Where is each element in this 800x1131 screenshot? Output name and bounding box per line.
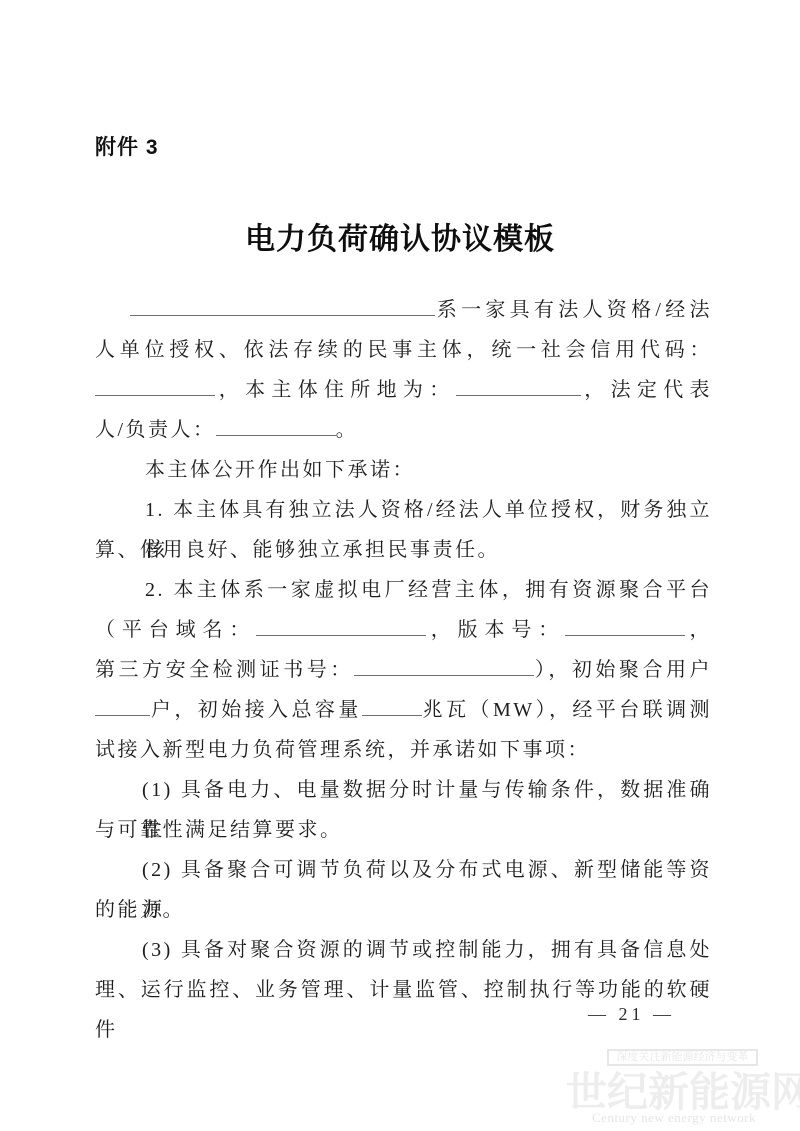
document-line: (3) 具备对聚合资源的调节或控制能力，拥有具备信息处: [95, 930, 712, 970]
document-line: 的能力。: [95, 890, 712, 930]
document-line: 系一家具有法人资格/经法: [95, 290, 712, 330]
document-line: 户，初始接入总容量兆瓦（MW），经平台联调测: [95, 690, 712, 730]
document-line: 算、信用良好、能够独立承担民事责任。: [95, 530, 712, 570]
text-run: 算、信用良好、能够独立承担民事责任。: [95, 539, 500, 561]
text-run: 本主体公开作出如下承诺：: [145, 459, 415, 481]
text-run: 2. 本主体系一家虚拟电厂经营主体，拥有资源聚合平台: [145, 579, 712, 601]
fill-in-blank: [456, 370, 581, 396]
fill-in-blank: [95, 370, 215, 396]
text-run: （平台域名：: [95, 619, 256, 641]
text-run: 户，初始接入总容量: [150, 699, 362, 721]
document-line: 2. 本主体系一家虚拟电厂经营主体，拥有资源聚合平台: [95, 570, 712, 610]
text-run: 。: [336, 419, 359, 441]
text-run: 试接入新型电力负荷管理系统，并承诺如下事项：: [95, 739, 590, 761]
text-run: 第三方安全检测证书号：: [95, 659, 354, 681]
document-line: （平台域名：，版本号：，: [95, 610, 712, 650]
document-line: 与可靠性满足结算要求。: [95, 810, 712, 850]
text-run: ），初始聚合用户: [534, 659, 712, 681]
document-line: (1) 具备电力、电量数据分时计量与传输条件，数据准确性: [95, 770, 712, 810]
fill-in-blank: [354, 650, 534, 676]
fill-in-blank: [256, 610, 426, 636]
fill-in-blank: [216, 410, 336, 436]
fill-in-blank: [565, 610, 685, 636]
watermark-brand: 世纪新能源网: [566, 1069, 800, 1115]
document-line: 人单位授权、依法存续的民事主体，统一社会信用代码：: [95, 330, 712, 370]
fill-in-blank: [95, 690, 150, 716]
page-title: 电力负荷确认协议模板: [0, 214, 800, 258]
text-run: 兆瓦（MW），经平台联调测: [422, 699, 712, 721]
watermark-tagline: 深度关注新能源经济与变革: [607, 1049, 758, 1066]
text-run: ，: [685, 619, 712, 641]
document-page: 附件 3 电力负荷确认协议模板 系一家具有法人资格/经法人单位授权、依法存续的民…: [0, 0, 800, 1131]
text-run: ，本主体住所地为：: [215, 379, 456, 401]
text-run: 与可靠性满足结算要求。: [95, 819, 343, 841]
text-run: 的能力。: [95, 899, 185, 921]
text-run: 人单位授权、依法存续的民事主体，统一社会信用代码：: [95, 339, 712, 361]
text-run: ，法定代表: [581, 379, 713, 401]
document-line: 人/负责人：。: [95, 410, 712, 450]
document-line: (2) 具备聚合可调节负荷以及分布式电源、新型储能等资源: [95, 850, 712, 890]
text-run: 人/负责人：: [95, 419, 216, 441]
document-line: ，本主体住所地为：，法定代表: [95, 370, 712, 410]
attachment-label: 附件 3: [95, 131, 159, 161]
document-line: 1. 本主体具有独立法人资格/经法人单位授权，财务独立核: [95, 490, 712, 530]
document-lines: 系一家具有法人资格/经法人单位授权、依法存续的民事主体，统一社会信用代码：，本主…: [95, 290, 712, 1010]
document-line: 第三方安全检测证书号：），初始聚合用户: [95, 650, 712, 690]
text-run: 系一家具有法人资格/经法: [435, 299, 712, 321]
document-line: 本主体公开作出如下承诺：: [95, 450, 712, 490]
watermark-brand-english: Century new energy network: [592, 1110, 756, 1126]
text-run: (3) 具备对聚合资源的调节或控制能力，拥有具备信息处: [142, 939, 712, 961]
fill-in-blank: [130, 290, 435, 316]
page-number: — 21 —: [588, 1004, 675, 1025]
fill-in-blank: [362, 690, 422, 716]
document-line: 试接入新型电力负荷管理系统，并承诺如下事项：: [95, 730, 712, 770]
text-run: ，版本号：: [426, 619, 565, 641]
